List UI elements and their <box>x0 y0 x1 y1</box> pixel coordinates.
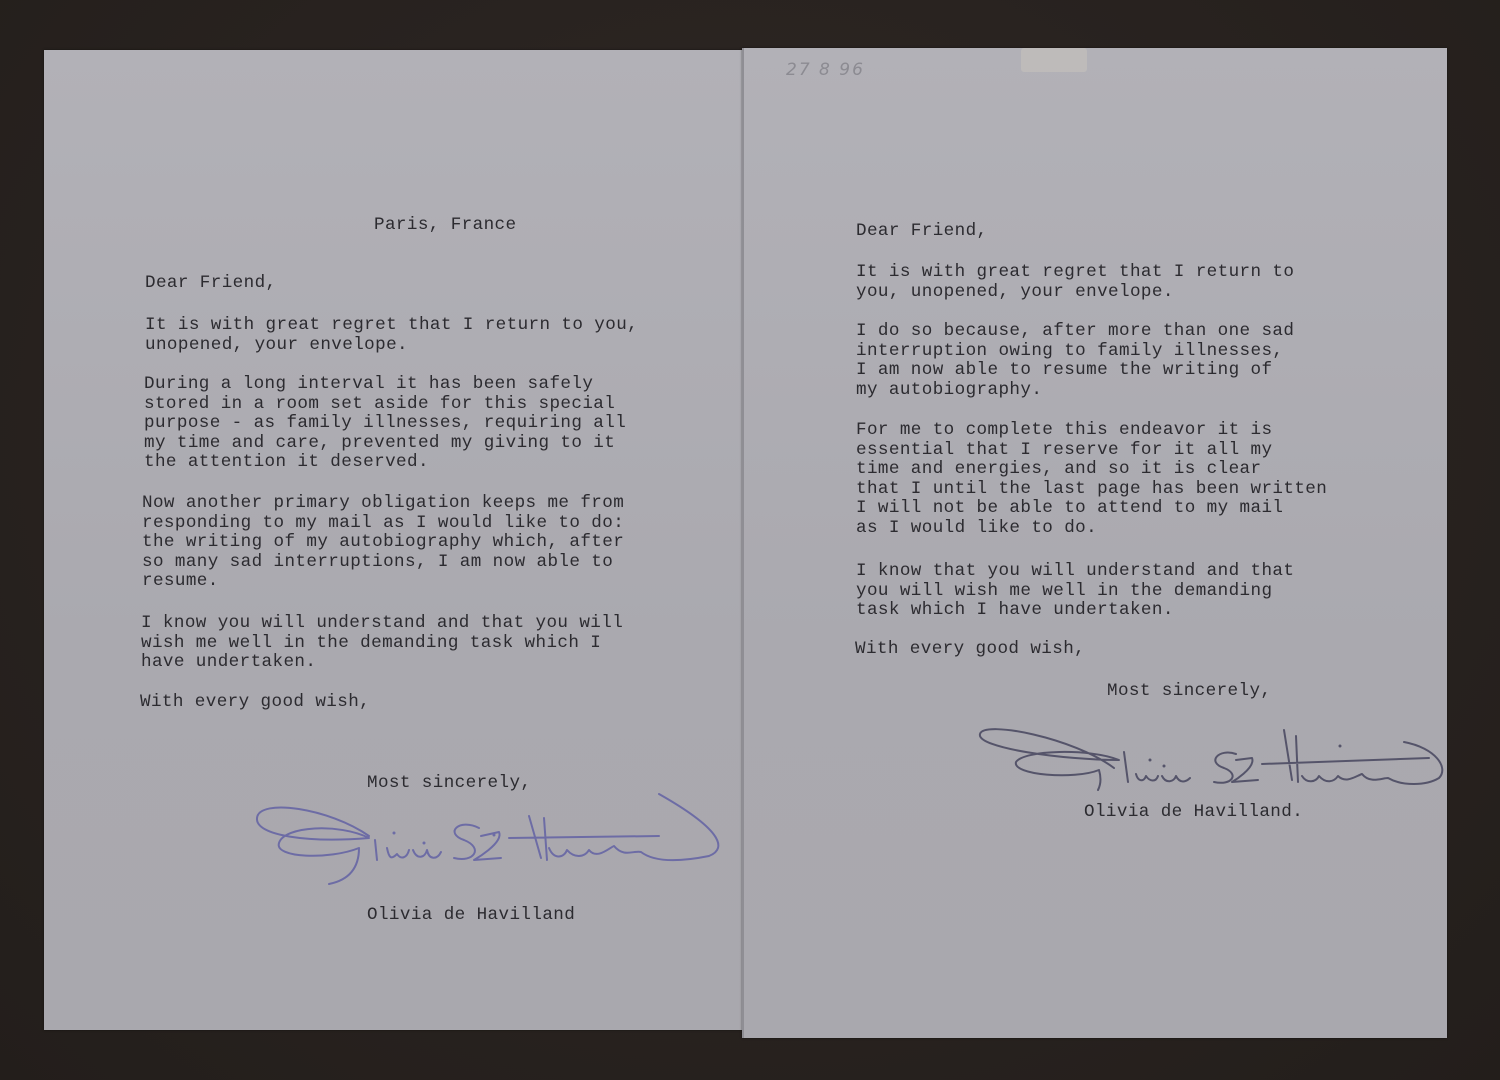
signature-handwritten <box>974 720 1444 796</box>
text-line: time and energies, and so it is clear <box>856 460 1261 480</box>
text-line: as I would like to do. <box>856 519 1097 539</box>
letter-right: 27 8 96 Dear Friend, It is with great re… <box>742 48 1447 1038</box>
text-line: During a long interval it has been safel… <box>144 375 593 395</box>
text-line: I know that you will understand and that <box>856 562 1294 582</box>
tape-mark <box>1021 48 1087 72</box>
text-line: Now another primary obligation keeps me … <box>142 494 624 514</box>
text-line: purpose - as family illnesses, requiring… <box>144 414 626 434</box>
text-line: I am now able to resume the writing of <box>856 361 1272 381</box>
text-line: task which I have undertaken. <box>856 601 1174 621</box>
text-line: the writing of my autobiography which, a… <box>142 533 624 553</box>
typed-name: Olivia de Havilland. <box>1084 803 1303 823</box>
text-line: my autobiography. <box>856 381 1042 401</box>
text-line: resume. <box>142 572 219 592</box>
text-line: that I until the last page has been writ… <box>856 480 1327 500</box>
sign-off: Most sincerely, <box>1107 682 1271 702</box>
salutation: Dear Friend, <box>145 274 277 294</box>
text-line: I know you will understand and that you … <box>141 614 623 634</box>
closing-line: With every good wish, <box>140 693 370 713</box>
text-line: It is with great regret that I return to… <box>145 316 638 336</box>
salutation: Dear Friend, <box>856 222 988 242</box>
text-line: my time and care, prevented my giving to… <box>144 434 615 454</box>
text-line: the attention it deserved. <box>144 453 429 473</box>
closing-line: With every good wish, <box>855 640 1085 660</box>
text-line: wish me well in the demanding task which… <box>141 634 601 654</box>
text-line: I will not be able to attend to my mail <box>856 499 1283 519</box>
text-line: have undertaken. <box>141 653 316 673</box>
pencil-date-note: 27 8 96 <box>786 60 865 80</box>
text-line: essential that I reserve for it all my <box>856 441 1272 461</box>
location-line: Paris, France <box>374 216 516 236</box>
text-line: interruption owing to family illnesses, <box>856 342 1283 362</box>
typed-name: Olivia de Havilland <box>367 906 575 926</box>
text-line: stored in a room set aside for this spec… <box>144 395 615 415</box>
letter-left: Paris, France Dear Friend, It is with gr… <box>44 50 746 1030</box>
text-line: For me to complete this endeavor it is <box>856 421 1272 441</box>
text-line: responding to my mail as I would like to… <box>142 514 624 534</box>
text-line: It is with great regret that I return to <box>856 263 1294 283</box>
text-line: you, unopened, your envelope. <box>856 283 1174 303</box>
text-line: I do so because, after more than one sad <box>856 322 1294 342</box>
text-line: you will wish me well in the demanding <box>856 582 1272 602</box>
signature-handwritten <box>249 788 739 900</box>
text-line: unopened, your envelope. <box>145 336 408 356</box>
text-line: so many sad interruptions, I am now able… <box>142 553 613 573</box>
